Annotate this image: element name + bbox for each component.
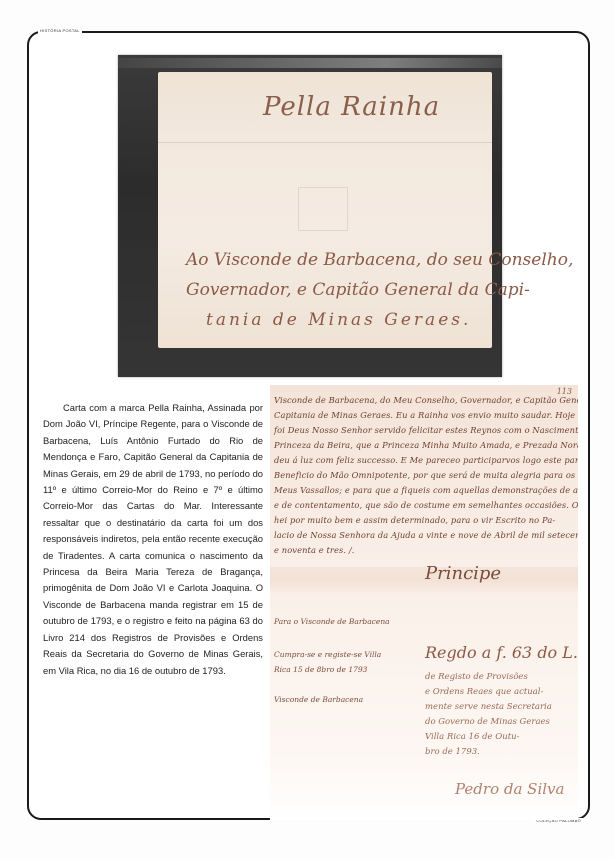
letter-line: Capitania de Minas Geraes. Eu a Rainha v… bbox=[274, 410, 575, 420]
letter-left-note-line: Rica 15 de 8bro de 1793 bbox=[274, 665, 367, 674]
letter-line: Meus Vassallos; e para que a fiqueis com… bbox=[274, 485, 578, 495]
envelope-address-line: Ao Visconde de Barbacena, do seu Conselh… bbox=[186, 250, 573, 270]
letter-line: Beneficio do Mão Omnipotente, por que se… bbox=[274, 470, 575, 480]
description-text: Carta com a marca Pella Rainha, Assinada… bbox=[43, 400, 263, 679]
letter-crease bbox=[270, 567, 578, 593]
letter-line: deu á luz com feliz successo. E Me parec… bbox=[274, 455, 578, 465]
postal-mark-pella-rainha: Pella Rainha bbox=[263, 92, 440, 122]
letter-registry-line: Regdo a f. 63 do L.o 214 bbox=[425, 643, 578, 662]
letter-registry-signature: Pedro da Silva bbox=[455, 780, 564, 798]
letter-recipient-note: Para o Visconde de Barbacena bbox=[274, 617, 390, 626]
letter-registry-line: e Ordens Reaes que actual- bbox=[425, 687, 543, 697]
letter-line: lacio de Nossa Senhora da Ajuda a vinte … bbox=[274, 530, 578, 540]
letter-left-signature: Visconde de Barbacena bbox=[274, 695, 363, 704]
envelope-image: Pella Rainha Ao Visconde de Barbacena, d… bbox=[118, 55, 502, 377]
letter-line: Visconde de Barbacena, do Meu Conselho, … bbox=[274, 395, 578, 405]
letter-registry-line: Villa Rica 16 de Outu- bbox=[425, 732, 519, 742]
envelope-fold bbox=[158, 142, 492, 143]
letter-line: foi Deus Nosso Senhor servido felicitar … bbox=[274, 425, 578, 435]
letter-registry-line: de Registo de Provisões bbox=[425, 672, 528, 682]
frame-top-label: HISTÓRIA POSTAL bbox=[38, 28, 82, 34]
letter-line: hei por muito bem e assim determinado, p… bbox=[274, 515, 555, 525]
letter-registry-line: bro de 1793. bbox=[425, 747, 480, 757]
letter-signature-principe: Principe bbox=[425, 563, 501, 584]
letter-registry-line: mente serve nesta Secretaria bbox=[425, 702, 552, 712]
letter-line: e de contentamento, que são de costume e… bbox=[274, 500, 578, 510]
envelope-seal-mark bbox=[298, 187, 348, 231]
letter-line: Princeza da Beira, que a Princeza Minha … bbox=[274, 440, 578, 450]
letter-left-note-line: Cumpra-se e registe-se Villa bbox=[274, 650, 381, 659]
envelope-cover: Pella Rainha Ao Visconde de Barbacena, d… bbox=[158, 72, 492, 348]
letter-registry-line: do Governo de Minas Geraes bbox=[425, 717, 550, 727]
letter-image: 113 Visconde de Barbacena, do Meu Consel… bbox=[270, 385, 578, 820]
letter-line: e noventa e tres. /. bbox=[274, 545, 354, 555]
envelope-address-line: tania de Minas Geraes. bbox=[206, 310, 471, 330]
envelope-address-line: Governador, e Capitão General da Capi- bbox=[186, 280, 530, 300]
